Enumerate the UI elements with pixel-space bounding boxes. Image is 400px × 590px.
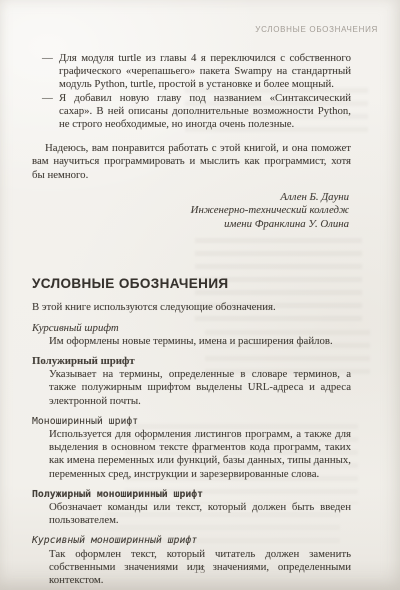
convention-entry: Полужирный шрифт Указывает на термины, о…: [32, 355, 351, 408]
signature-college-line-1: Инженерно-технический колледж: [32, 204, 349, 218]
book-page: УСЛОВНЫЕ ОБОЗНАЧЕНИЯ — Для модуля turtle…: [0, 0, 400, 590]
running-head: УСЛОВНЫЕ ОБОЗНАЧЕНИЯ: [255, 25, 378, 34]
convention-definition: Им оформлены новые термины, имена и расш…: [32, 335, 351, 348]
convention-definition: Обозначает команды или текст, который до…: [32, 501, 351, 527]
convention-entry: Полужирный моноширинный шрифт Обозначает…: [32, 488, 351, 528]
bullet-item: — Для модуля turtle из главы 4 я переклю…: [32, 52, 351, 92]
convention-term-bold-serif: Полужирный шрифт: [32, 355, 351, 368]
signature-college-line-2: имени Франклина У. Олина: [32, 218, 349, 232]
page-number: 15: [0, 565, 400, 576]
convention-term-italic-serif: Курсивный шрифт: [32, 322, 351, 335]
convention-definition: Указывает на термины, определенные в сло…: [32, 368, 351, 408]
convention-term-mono: Моноширинный шрифт: [32, 415, 351, 428]
bullet-dash-marker: —: [42, 92, 53, 105]
bullet-text: Я добавил новую главу под названием «Син…: [59, 92, 351, 130]
signature-author-name: Аллен Б. Дауни: [32, 191, 349, 205]
bullet-item: — Я добавил новую главу под названием «С…: [32, 92, 351, 132]
convention-definition: Используется для оформления листингов пр…: [32, 428, 351, 481]
page-content: — Для модуля turtle из главы 4 я переклю…: [32, 52, 351, 587]
author-signature: Аллен Б. Дауни Инженерно-технический кол…: [32, 191, 351, 232]
bullet-dash-marker: —: [42, 52, 53, 65]
convention-term-bold-mono: Полужирный моноширинный шрифт: [32, 488, 351, 501]
convention-entry: Курсивный моноширинный шрифт Так оформле…: [32, 534, 351, 587]
bullet-text: Для модуля turtle из главы 4 я переключи…: [59, 52, 351, 90]
closing-paragraph: Надеюсь, вам понравится работать с этой …: [32, 142, 351, 182]
convention-entry: Курсивный шрифт Им оформлены новые терми…: [32, 322, 351, 348]
conventions-intro: В этой книге используются следующие обоз…: [32, 301, 351, 314]
convention-entry: Моноширинный шрифт Используется для офор…: [32, 415, 351, 481]
convention-term-italic-mono: Курсивный моноширинный шрифт: [32, 534, 351, 547]
section-title: УСЛОВНЫЕ ОБОЗНАЧЕНИЯ: [32, 276, 351, 292]
